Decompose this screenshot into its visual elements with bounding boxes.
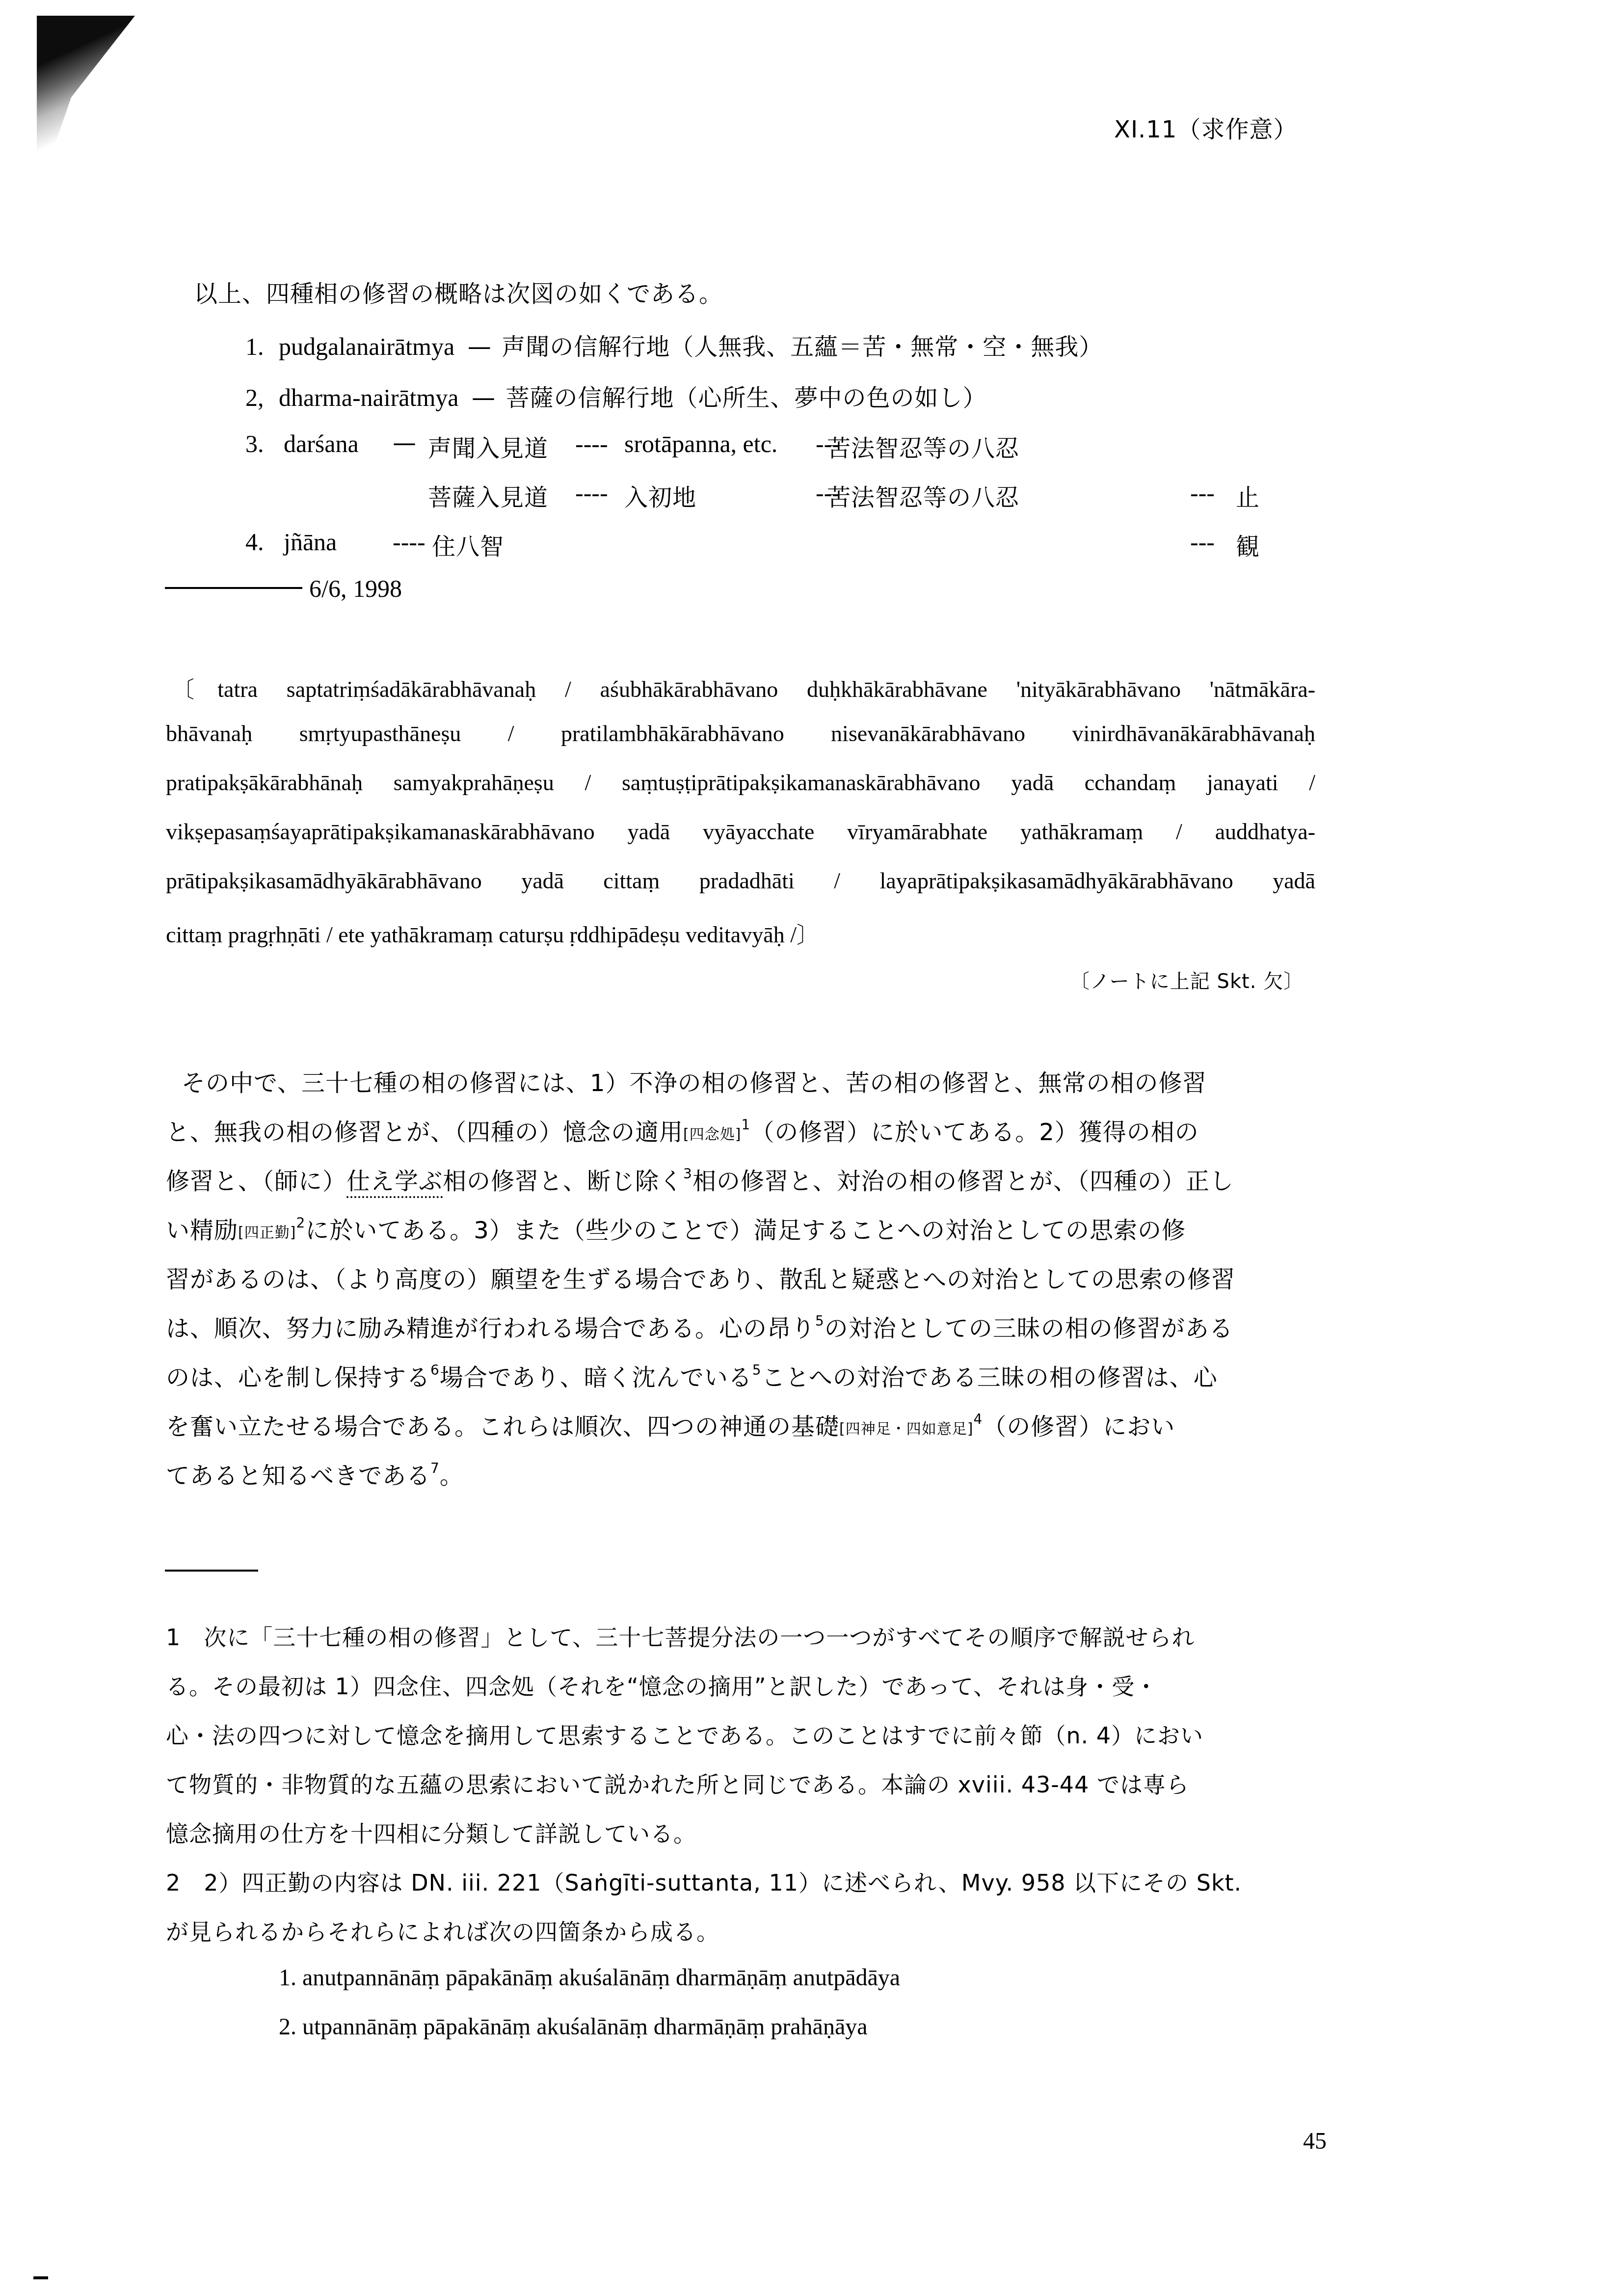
footnote-ref: 5	[752, 1362, 762, 1378]
footnote-ref: 7	[430, 1460, 440, 1476]
item-number: 1.	[245, 333, 264, 360]
translation-line: を奮い立たせる場合である。これらは順次、四つの神通の基礎[四神足・四如意足]4（…	[166, 1408, 1175, 1442]
item-desc: 菩薩の信解行地（心所生、夢中の色の如し）	[506, 384, 986, 412]
text-run: （の修習）におい	[983, 1413, 1175, 1441]
item-number: 4.	[245, 528, 264, 556]
path-label: 声聞入見道	[428, 429, 548, 463]
separator: ----	[393, 528, 426, 556]
item-term: darśana	[284, 429, 359, 458]
text-run: のは、心を制し保持する	[166, 1364, 430, 1391]
page-number: 45	[1303, 2128, 1327, 2155]
translation-line: 修習と、（師に）仕え学ぶ相の修習と、断じ除く3相の修習と、対治の相の修習とが、（…	[166, 1162, 1234, 1196]
stage-label: 苦法智忍等の八忍	[827, 479, 1019, 512]
text-run: を奮い立たせる場合である。これらは順次、四つの神通の基礎	[166, 1413, 839, 1441]
summary-item-1: 1. pudgalanairātmya — 声聞の信解行地（人無我、五蘊＝苦・無…	[245, 328, 1103, 362]
separator: ----	[575, 479, 608, 507]
separator: ---	[1190, 528, 1215, 556]
path-label: 菩薩入見道	[428, 479, 548, 512]
sanskrit-missing-note: 〔ノートに上記 Skt. 欠〕	[1070, 966, 1304, 994]
term-gloss: [四神足・四如意足]	[839, 1420, 973, 1438]
translation-line: は、順次、努力に励み精進が行われる場合である。心の昂り5の対治としての三昧の相の…	[166, 1309, 1233, 1343]
sanskrit-line: bhāvanaḥ smṛtyupasthāneṣu / pratilambhāk…	[166, 721, 1315, 747]
text-run: その中で、三十七種の相の修習には、1）不浄の相の修習と、苦の相の修習と、無常の相…	[182, 1069, 1207, 1097]
item-number: 2,	[245, 384, 264, 411]
scan-bottom-mark	[33, 2276, 48, 2279]
footnote-ref: 2	[296, 1215, 305, 1231]
underlined-term: 仕え学ぶ	[346, 1168, 443, 1198]
footnote-line: 1 次に「三十七種の相の修習」として、三十七菩提分法の一つ一つがすべてその順序で…	[166, 1620, 1195, 1652]
footnote-ref: 5	[815, 1313, 825, 1329]
result-label: 入初地	[624, 479, 696, 512]
separator: ----	[575, 429, 608, 458]
footnote-line: が見られるからそれらによれば次の四箇条から成る。	[166, 1914, 719, 1947]
footnote-ref: 3	[683, 1166, 692, 1182]
side-label: 観	[1236, 528, 1260, 561]
text-run: の対治としての三昧の相の修習がある	[825, 1315, 1233, 1342]
translation-line: い精励[四正勤]2に於いてある。3）また（些少のことで）満足することへの対治とし…	[166, 1211, 1186, 1245]
text-run: 習があるのは、（より高度の）願望を生ずる場合であり、散乱と疑惑とへの対治としての…	[166, 1266, 1235, 1293]
term-gloss: [四正勤]	[238, 1224, 296, 1241]
footnote-ref: 6	[430, 1362, 440, 1378]
summary-item-2: 2, dharma-nairātmya — 菩薩の信解行地（心所生、夢中の色の如…	[245, 379, 987, 413]
text-run: 。	[440, 1462, 464, 1490]
footnote-list-item: 2. utpannānāṃ pāpakānāṃ akuśalānāṃ dharm…	[279, 2013, 867, 2040]
sanskrit-line: pratipakṣākārabhānaḥ samyakprahāṇeṣu / s…	[166, 770, 1315, 796]
text-run: に於いてある。3）また（些少のことで）満足することへの対治としての思索の修	[305, 1217, 1186, 1244]
footnote-line: る。その最初は 1）四念住、四念処（それを“憶念の摘用”と訳した）であって、それ…	[166, 1669, 1158, 1701]
date-rule	[165, 587, 302, 589]
text-run: い精励	[166, 1217, 238, 1244]
footnote-line: 憶念摘用の仕方を十四相に分類して詳説している。	[166, 1816, 696, 1848]
item-term: jñāna	[284, 528, 337, 556]
stage-label: 苦法智忍等の八忍	[827, 429, 1019, 463]
text-run: （の修習）に於いてある。2）獲得の相の	[750, 1119, 1199, 1146]
translation-line: のは、心を制し保持する6場合であり、暗く沈んでいる5ことへの対治である三昧の相の…	[166, 1359, 1218, 1392]
footnote-ref: 1	[741, 1117, 750, 1133]
text-run: 修習と、（師に）	[166, 1168, 346, 1195]
item-number: 3.	[245, 429, 264, 458]
sanskrit-line: vikṣepasaṃśayaprātipakṣikamanaskārabhāva…	[166, 819, 1315, 845]
running-head: XI.11（求作意）	[1114, 110, 1297, 144]
scan-corner-shadow	[37, 16, 135, 197]
translation-line: と、無我の相の修習とが、（四種の）憶念の適用[四念処]1（の修習）に於いてある。…	[166, 1113, 1199, 1147]
sanskrit-line: 〔tatra saptatriṃśadākārabhāvanaḥ / aśubh…	[172, 671, 1315, 704]
text-run: は、順次、努力に励み精進が行われる場合である。心の昂り	[166, 1315, 815, 1342]
translation-line: 習があるのは、（より高度の）願望を生ずる場合であり、散乱と疑惑とへの対治としての…	[166, 1260, 1235, 1294]
side-label: 止	[1236, 479, 1260, 512]
item-term: pudgalanairātmya	[279, 333, 454, 360]
text-run: 場合であり、暗く沈んでいる	[440, 1364, 752, 1391]
sanskrit-line: cittaṃ pragṛhṇāti / ete yathākramaṃ catu…	[166, 917, 819, 949]
footnote-ref: 4	[973, 1411, 983, 1427]
item-dash: —	[393, 429, 417, 457]
summary-intro: 以上、四種相の修習の概略は次図の如くである。	[194, 275, 723, 309]
sanskrit-line: prātipakṣikasamādhyākārabhāvano yadā cit…	[166, 868, 1315, 894]
separator: ---	[1190, 479, 1215, 507]
item-desc: 声聞の信解行地（人無我、五蘊＝苦・無常・空・無我）	[502, 333, 1103, 361]
result-label: srotāpanna, etc.	[624, 429, 777, 458]
text-run: ことへの対治である三昧の相の修習は、心	[762, 1364, 1218, 1391]
date-stamp: 6/6, 1998	[309, 574, 402, 603]
term-gloss: [四念処]	[683, 1126, 741, 1143]
footnote-list-item: 1. anutpannānāṃ pāpakānāṃ akuśalānāṃ dha…	[279, 1964, 900, 1991]
item-term: dharma-nairātmya	[279, 384, 458, 411]
footnote-line: 心・法の四つに対して憶念を摘用して思索することである。このことはすでに前々節（n…	[166, 1718, 1203, 1750]
desc-label: 住八智	[432, 528, 504, 561]
translation-line: てあると知るべきである7。	[166, 1457, 464, 1491]
footnote-separator	[165, 1570, 258, 1572]
footnote-line: て物質的・非物質的な五蘊の思索において説かれた所と同じである。本論の xviii…	[166, 1767, 1189, 1799]
translation-line: その中で、三十七種の相の修習には、1）不浄の相の修習と、苦の相の修習と、無常の相…	[182, 1064, 1207, 1098]
footnote-line: 2 2）四正勤の内容は DN. iii. 221（Saṅgīti-suttant…	[166, 1865, 1242, 1897]
text-run: と、無我の相の修習とが、（四種の）憶念の適用	[166, 1119, 683, 1146]
text-run: 相の修習と、断じ除く	[443, 1168, 683, 1195]
item-dash: —	[472, 384, 496, 412]
text-run: 相の修習と、対治の相の修習とが、（四種の）正し	[692, 1168, 1234, 1195]
item-dash: —	[468, 333, 492, 361]
text-run: てあると知るべきである	[166, 1462, 430, 1490]
